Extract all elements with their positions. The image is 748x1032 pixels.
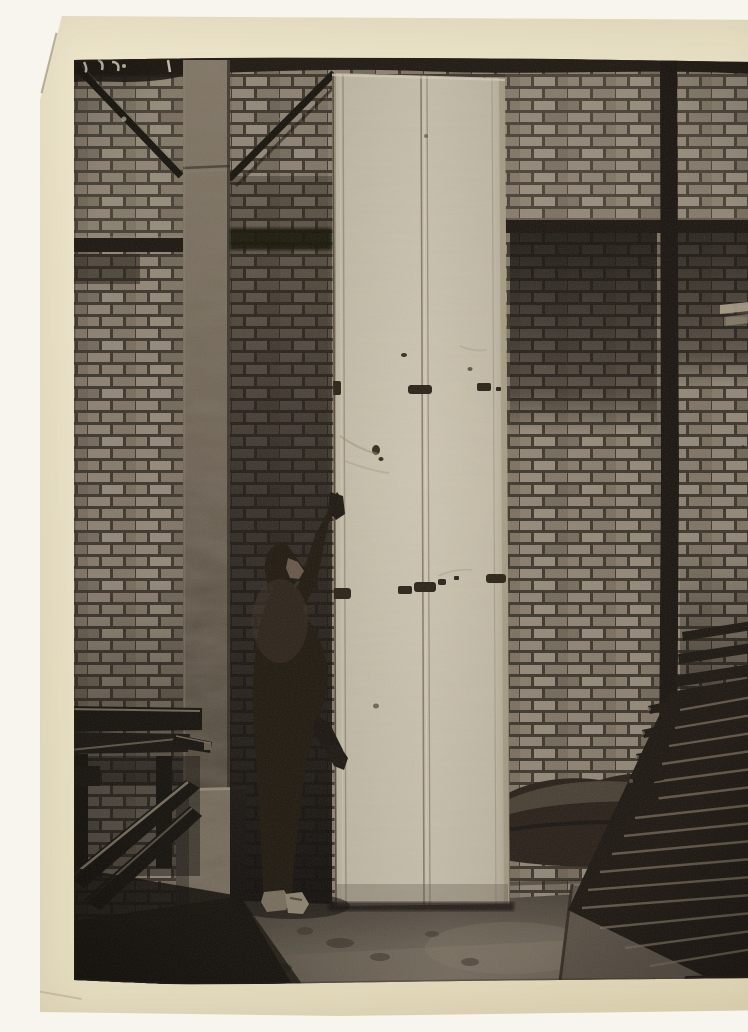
vignette xyxy=(74,58,748,984)
photograph xyxy=(40,16,748,1016)
photo-mount: Vintage black-and-white workshop photogr… xyxy=(40,16,748,1016)
